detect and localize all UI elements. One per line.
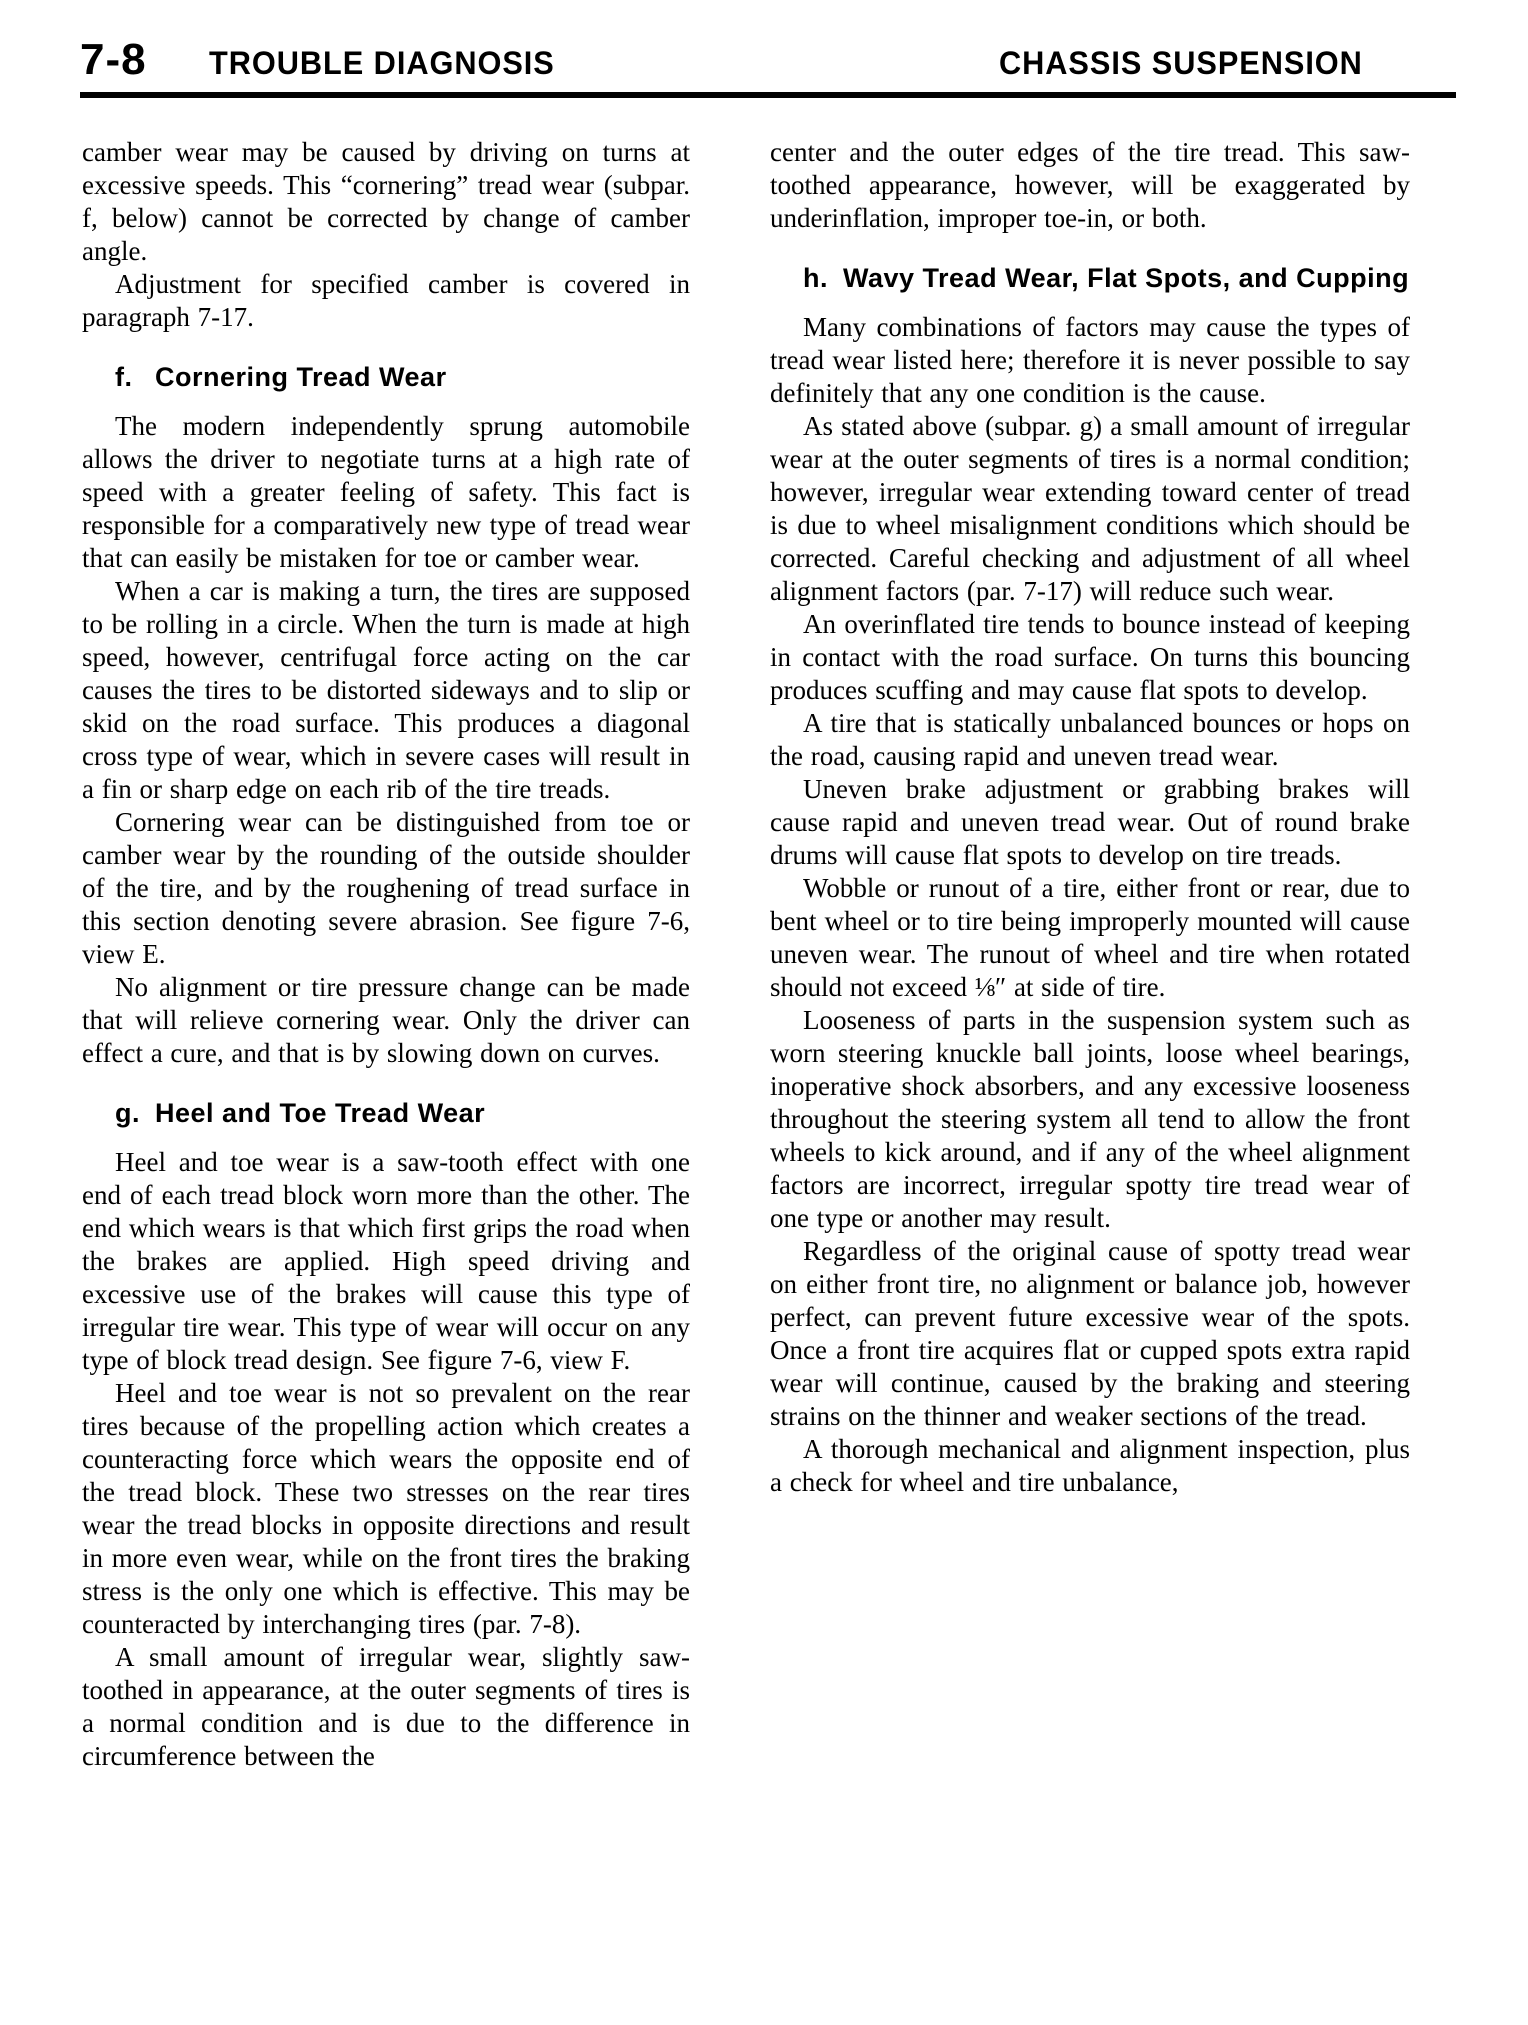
paragraph: Many combinations of factors may cause t…	[770, 311, 1410, 410]
header-chapter-title: CHASSIS SUSPENSION	[999, 47, 1363, 79]
manual-page: 7-8 TROUBLE DIAGNOSIS CHASSIS SUSPENSION…	[0, 0, 1528, 2025]
paragraph: center and the outer edges of the tire t…	[770, 136, 1410, 235]
section-letter: f.	[115, 360, 155, 394]
section-title: Wavy Tread Wear, Flat Spots, and Cupping	[843, 263, 1409, 293]
page-number: 7-8	[80, 38, 147, 82]
paragraph: Heel and toe wear is a saw-tooth effect …	[82, 1146, 690, 1377]
paragraph: Cornering wear can be distinguished from…	[82, 806, 690, 971]
paragraph: Uneven brake adjustment or grabbing brak…	[770, 773, 1410, 872]
paragraph: Wobble or runout of a tire, either front…	[770, 872, 1410, 1004]
left-column: camber wear may be caused by driving on …	[82, 136, 690, 1773]
section-heading-f: f.Cornering Tread Wear	[115, 360, 690, 394]
paragraph: A thorough mechanical and alignment insp…	[770, 1433, 1410, 1499]
paragraph: An overinflated tire tends to bounce ins…	[770, 608, 1410, 707]
header-section-title: TROUBLE DIAGNOSIS	[209, 47, 555, 79]
section-heading-g: g.Heel and Toe Tread Wear	[115, 1096, 690, 1130]
right-column: center and the outer edges of the tire t…	[770, 136, 1410, 1773]
text-columns: camber wear may be caused by driving on …	[0, 98, 1528, 1773]
paragraph: As stated above (subpar. g) a small amou…	[770, 410, 1410, 608]
paragraph: Heel and toe wear is not so prevalent on…	[82, 1377, 690, 1641]
paragraph: Regardless of the original cause of spot…	[770, 1235, 1410, 1433]
section-letter: g.	[115, 1096, 155, 1130]
paragraph: A small amount of irregular wear, slight…	[82, 1641, 690, 1773]
paragraph: Looseness of parts in the suspension sys…	[770, 1004, 1410, 1235]
paragraph: The modern independently sprung automobi…	[82, 410, 690, 575]
paragraph: camber wear may be caused by driving on …	[82, 136, 690, 268]
paragraph: Adjustment for specified camber is cover…	[82, 268, 690, 334]
section-letter: h.	[803, 261, 843, 295]
paragraph: A tire that is statically unbalanced bou…	[770, 707, 1410, 773]
paragraph: When a car is making a turn, the tires a…	[82, 575, 690, 806]
section-title: Cornering Tread Wear	[155, 362, 447, 392]
section-heading-h: h.Wavy Tread Wear, Flat Spots, and Cuppi…	[803, 261, 1410, 295]
section-title: Heel and Toe Tread Wear	[155, 1098, 485, 1128]
running-header: 7-8 TROUBLE DIAGNOSIS CHASSIS SUSPENSION	[0, 0, 1528, 82]
paragraph: No alignment or tire pressure change can…	[82, 971, 690, 1070]
